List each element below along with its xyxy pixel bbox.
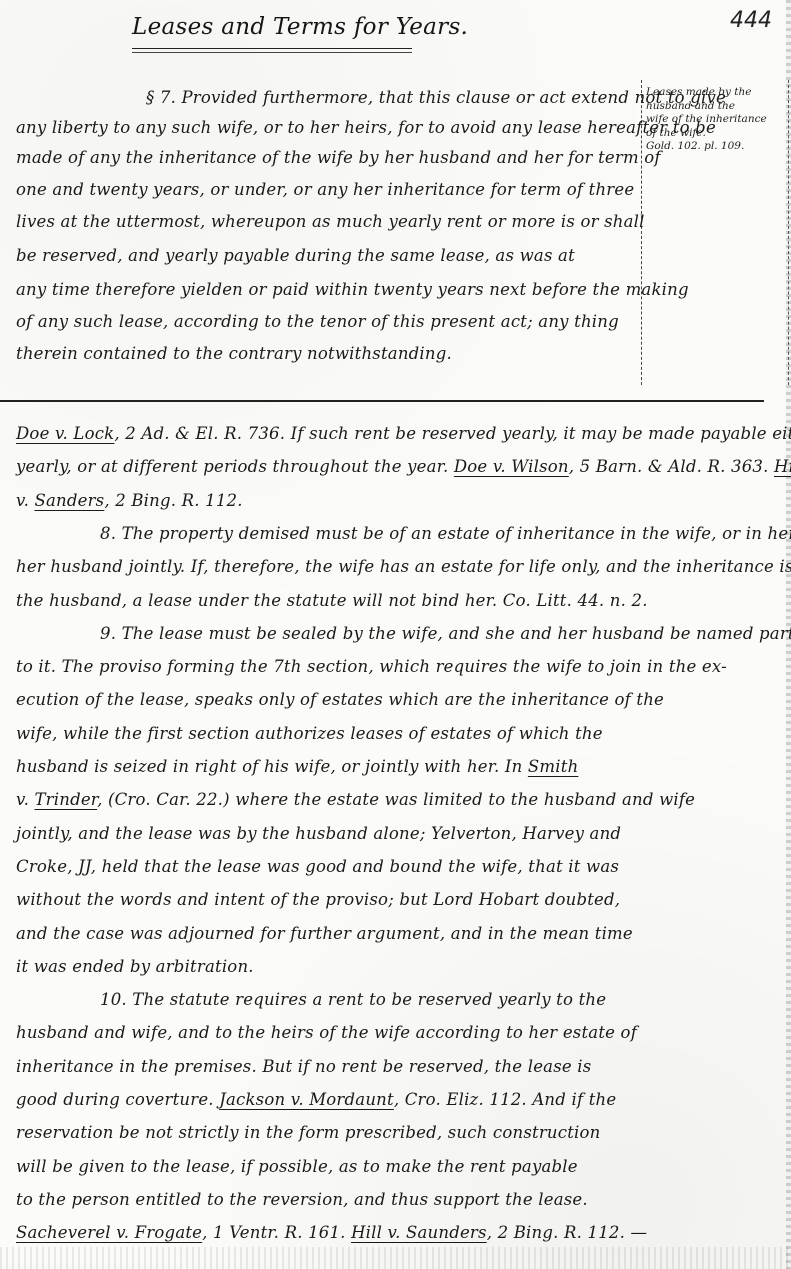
commentary-line: v. Sanders, 2 Bing. R. 112. [16,491,243,510]
text-run: jointly, and the lease was by the husban… [16,824,621,843]
commentary-line: the husband, a lease under the statute w… [16,591,648,610]
statute-line: lives at the uttermost, whereupon as muc… [16,212,636,231]
statute-line: any time therefore yielden or paid withi… [16,280,636,299]
text-run: , 2 Bing. R. 112. — [487,1223,648,1242]
commentary-line: Sacheverel v. Frogate, 1 Ventr. R. 161. … [16,1223,647,1242]
statute-line: any liberty to any such wife, or to her … [16,118,636,137]
commentary-line: it was ended by arbitration. [16,957,254,976]
text-run: , 5 Barn. & Ald. R. 363. [569,457,774,476]
commentary-line: and the case was adjourned for further a… [16,924,633,943]
text-run: 10. The statute requires a rent to be re… [100,990,606,1009]
text-run: husband and wife, and to the heirs of th… [16,1023,637,1042]
case-citation: Doe v. Wilson [454,457,569,476]
text-run: and the case was adjourned for further a… [16,924,633,943]
title-underline [132,48,412,49]
case-citation: Hill v. Saunders [351,1223,487,1242]
commentary-line: her husband jointly. If, therefore, the … [16,557,791,576]
commentary-line: inheritance in the premises. But if no r… [16,1057,591,1076]
text-run: v. [16,491,34,510]
case-citation: Hill [774,457,791,476]
commentary-line: wife, while the first section authorizes… [16,724,603,743]
text-run: it was ended by arbitration. [16,957,254,976]
commentary-line: jointly, and the lease was by the husban… [16,824,621,843]
case-citation: Trinder [34,790,97,809]
text-run: to it. The proviso forming the 7th secti… [16,657,727,676]
text-run: wife, while the first section authorizes… [16,724,603,743]
text-run: , 2 Bing. R. 112. [104,491,242,510]
text-run: good during coverture. [16,1090,219,1109]
text-run: 9. The lease must be sealed by the wife,… [100,624,791,643]
section-separator [0,400,764,402]
text-run: to the person entitled to the reversion,… [16,1190,588,1209]
commentary-line: to the person entitled to the reversion,… [16,1190,588,1209]
text-run: , Cro. Eliz. 112. And if the [394,1090,617,1109]
commentary-line: yearly, or at different periods througho… [16,457,791,476]
title-underline [132,52,412,53]
text-run: reservation be not strictly in the form … [16,1123,600,1142]
scan-edge-bottom [0,1247,791,1269]
text-run: 8. The property demised must be of an es… [100,524,791,543]
manuscript-page: Leases and Terms for Years. 444 Leases m… [0,0,791,1269]
commentary-line: husband is seized in right of his wife, … [16,757,578,776]
text-run: , 2 Ad. & El. R. 736. If such rent be re… [114,424,791,443]
case-citation: Smith [528,757,578,776]
commentary-line: without the words and intent of the prov… [16,890,620,909]
text-run: v. [16,790,34,809]
commentary-line: good during coverture. Jackson v. Mordau… [16,1090,616,1109]
case-citation: Jackson v. Mordaunt [219,1090,394,1109]
text-run: her husband jointly. If, therefore, the … [16,557,791,576]
page-number: 444 [730,8,772,33]
commentary-line: husband and wife, and to the heirs of th… [16,1023,637,1042]
text-run: will be given to the lease, if possible,… [16,1157,578,1176]
statute-line: therein contained to the contrary notwit… [16,344,636,363]
text-run: , 1 Ventr. R. 161. [202,1223,351,1242]
text-run: , (Cro. Car. 22.) where the estate was l… [97,790,695,809]
text-run: husband is seized in right of his wife, … [16,757,528,776]
text-run: ecution of the lease, speaks only of est… [16,690,664,709]
case-citation: Sacheverel v. Frogate [16,1223,202,1242]
commentary-line: ecution of the lease, speaks only of est… [16,690,664,709]
case-citation: Doe v. Lock [16,424,114,443]
case-citation: Sanders [34,491,104,510]
commentary-line: v. Trinder, (Cro. Car. 22.) where the es… [16,790,695,809]
paragraph-start-line: 9. The lease must be sealed by the wife,… [100,624,791,643]
page-title: Leases and Terms for Years. [132,14,468,40]
text-run: yearly, or at different periods througho… [16,457,454,476]
commentary-line: to it. The proviso forming the 7th secti… [16,657,727,676]
paragraph-start-line: 8. The property demised must be of an es… [100,524,791,543]
commentary-line: reservation be not strictly in the form … [16,1123,600,1142]
text-run: the husband, a lease under the statute w… [16,591,648,610]
statute-line: § 7. Provided furthermore, that this cla… [146,88,766,107]
statute-line: be reserved, and yearly payable during t… [16,246,636,265]
commentary-line: Doe v. Lock, 2 Ad. & El. R. 736. If such… [16,424,791,443]
margin-note-line: Gold. 102. pl. 109. [646,140,786,154]
commentary-line: Croke, JJ, held that the lease was good … [16,857,619,876]
text-run: Croke, JJ, held that the lease was good … [16,857,619,876]
statute-line: one and twenty years, or under, or any h… [16,180,636,199]
text-run: inheritance in the premises. But if no r… [16,1057,591,1076]
paragraph-start-line: 10. The statute requires a rent to be re… [100,990,606,1009]
text-run: without the words and intent of the prov… [16,890,620,909]
statute-line: made of any the inheritance of the wife … [16,148,636,167]
statute-line: of any such lease, according to the teno… [16,312,636,331]
commentary-line: will be given to the lease, if possible,… [16,1157,578,1176]
